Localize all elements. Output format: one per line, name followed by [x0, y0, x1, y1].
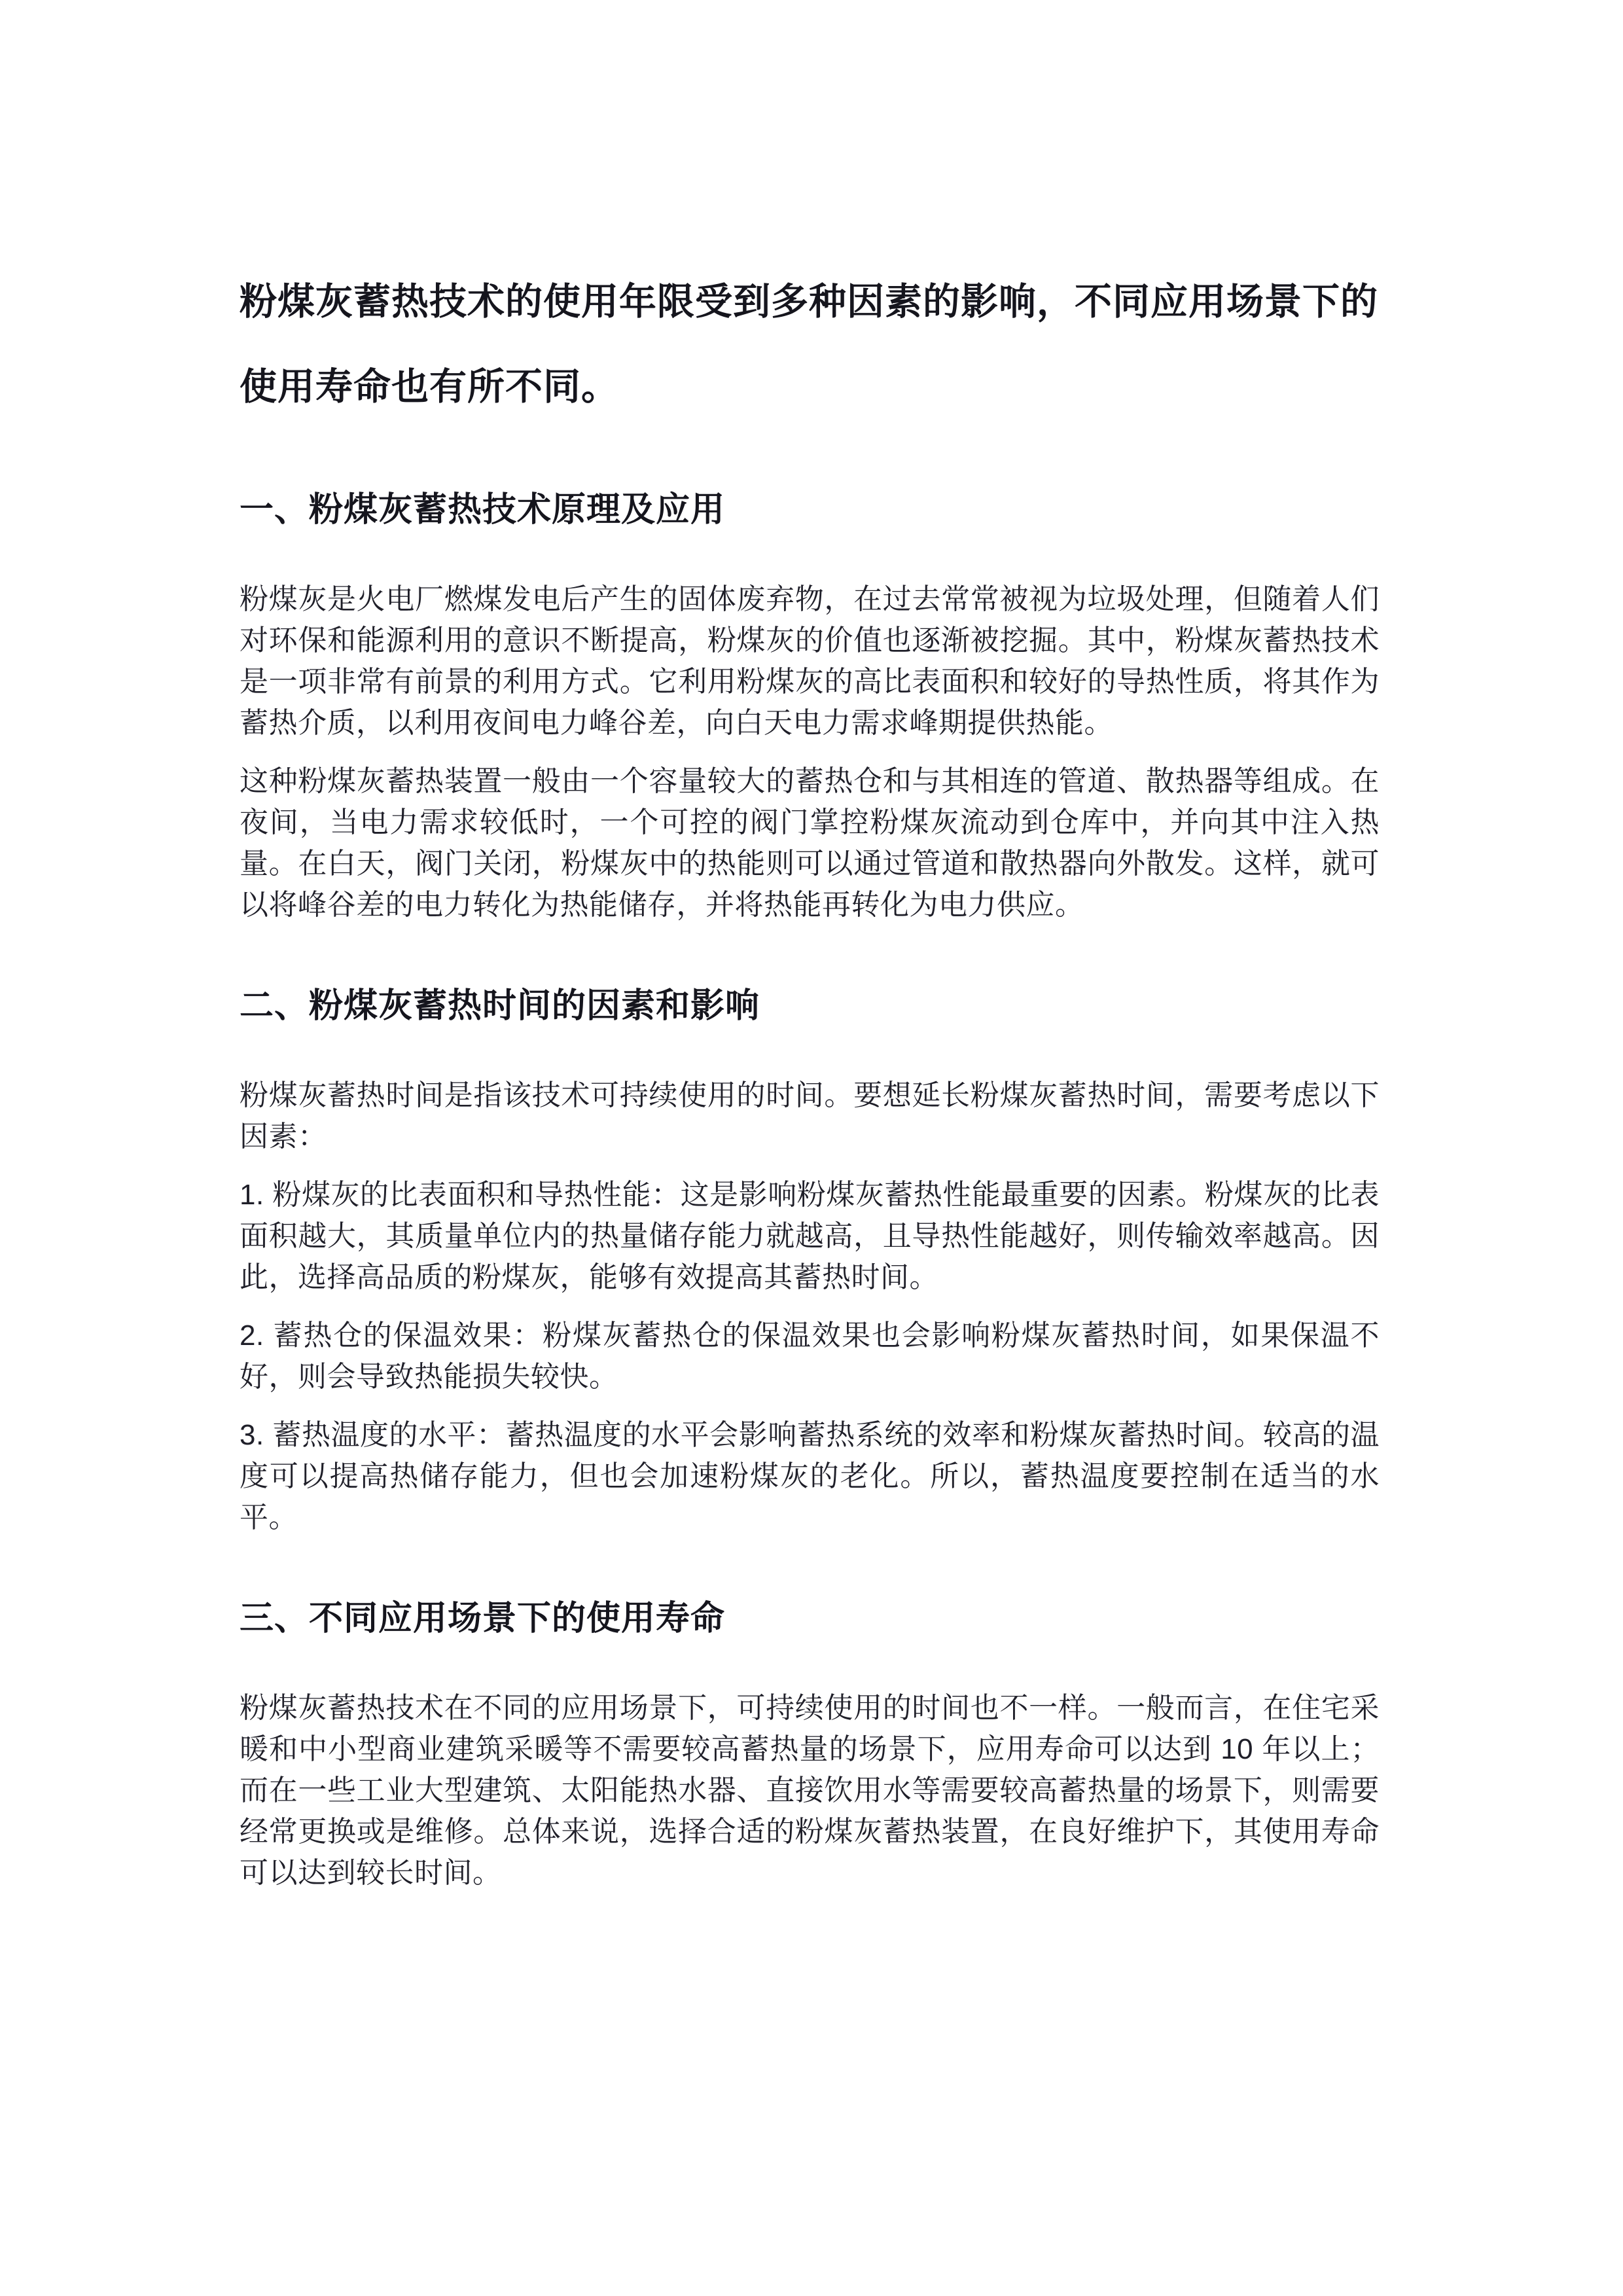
section-2-list-item-3: 3. 蓄热温度的水平：蓄热温度的水平会影响蓄热系统的效率和粉煤灰蓄热时间。较高的… — [240, 1414, 1380, 1538]
section-2-paragraph-intro: 粉煤灰蓄热时间是指该技术可持续使用的时间。要想延长粉煤灰蓄热时间，需要考虑以下因… — [240, 1075, 1380, 1157]
section-1-heading: 一、粉煤灰蓄热技术原理及应用 — [240, 488, 1380, 531]
section-2-list-item-1: 1. 粉煤灰的比表面积和导热性能：这是影响粉煤灰蓄热性能最重要的因素。粉煤灰的比… — [240, 1174, 1380, 1298]
section-2-list-item-2: 2. 蓄热仓的保温效果：粉煤灰蓄热仓的保温效果也会影响粉煤灰蓄热时间，如果保温不… — [240, 1315, 1380, 1397]
section-3-paragraph-1: 粉煤灰蓄热技术在不同的应用场景下，可持续使用的时间也不一样。一般而言，在住宅采暖… — [240, 1687, 1380, 1893]
section-1-paragraph-1: 粉煤灰是火电厂燃煤发电后产生的固体废弃物，在过去常常被视为垃圾处理，但随着人们对… — [240, 579, 1380, 744]
document-page: 粉煤灰蓄热技术的使用年限受到多种因素的影响，不同应用场景下的使用寿命也有所不同。… — [0, 0, 1623, 2296]
section-1-paragraph-2: 这种粉煤灰蓄热装置一般由一个容量较大的蓄热仓和与其相连的管道、散热器等组成。在夜… — [240, 761, 1380, 925]
section-2-heading: 二、粉煤灰蓄热时间的因素和影响 — [240, 984, 1380, 1028]
document-lead: 粉煤灰蓄热技术的使用年限受到多种因素的影响，不同应用场景下的使用寿命也有所不同。 — [240, 259, 1380, 429]
section-3-heading: 三、不同应用场景下的使用寿命 — [240, 1597, 1380, 1640]
